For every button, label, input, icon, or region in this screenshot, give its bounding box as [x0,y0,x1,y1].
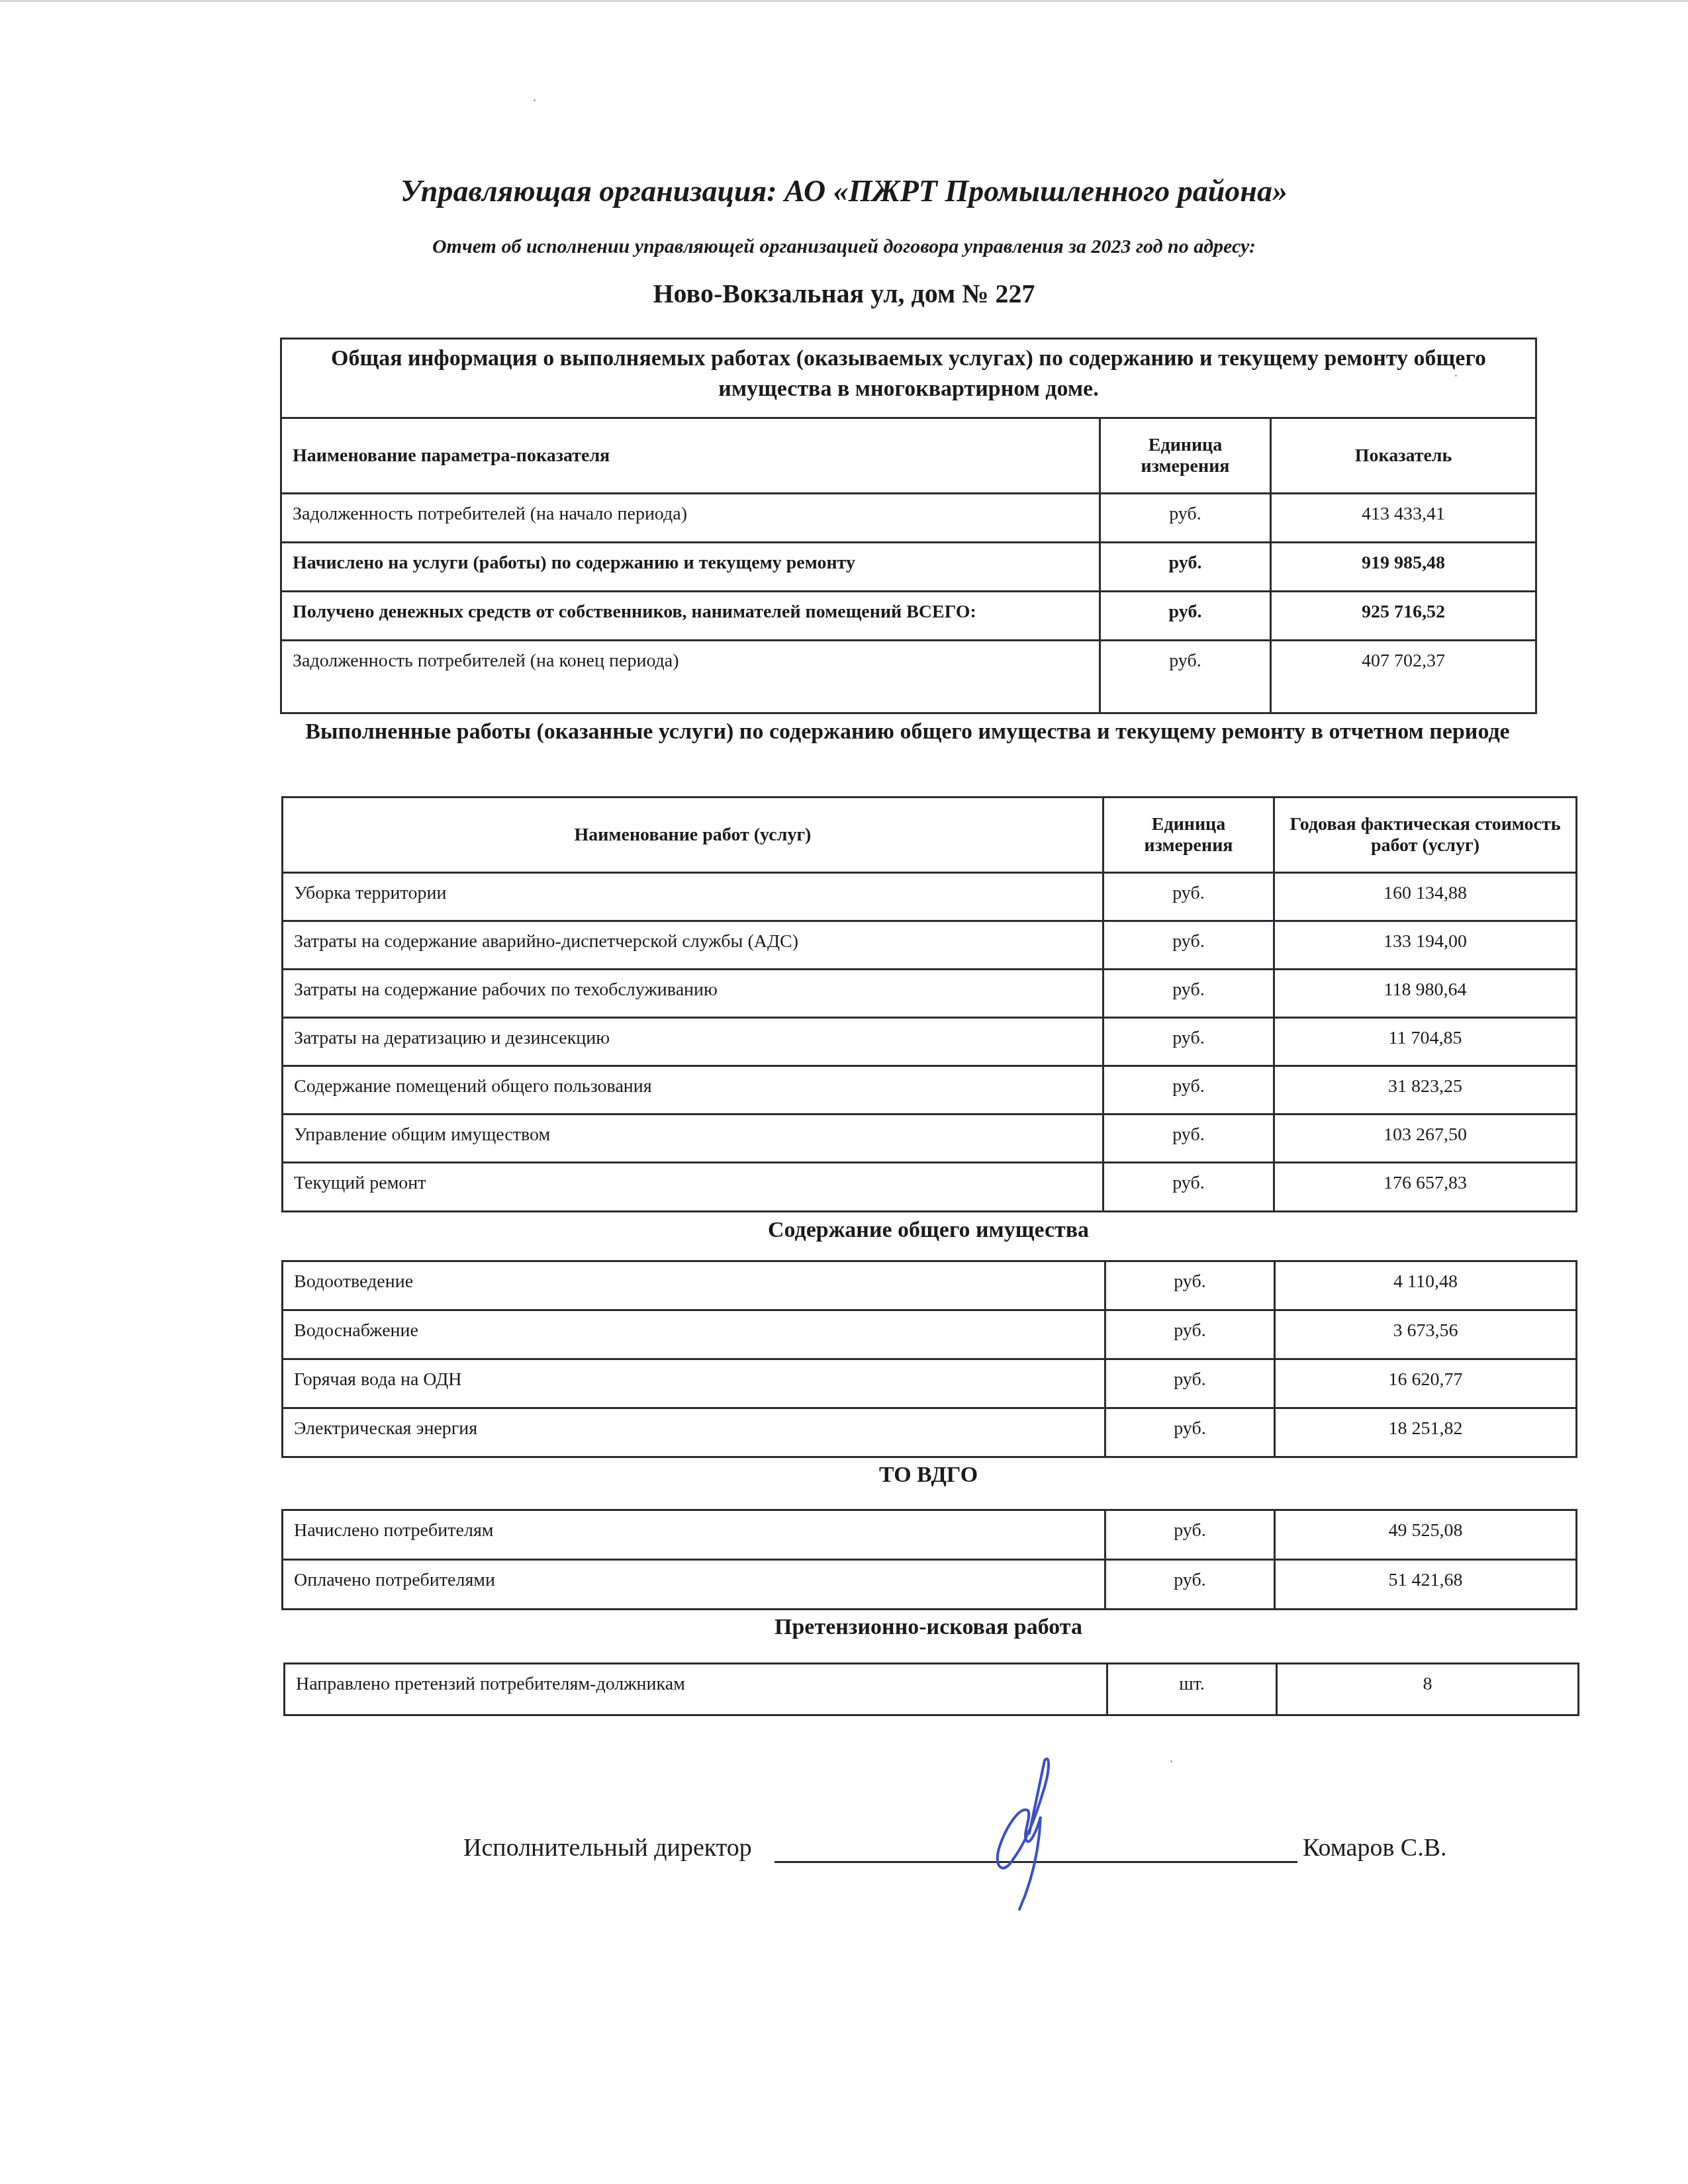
table-row: Направлено претензий потребителям-должни… [285,1664,1579,1715]
column-header-unit: Единица измерения [1103,797,1274,873]
scan-speck [1170,1760,1172,1762]
table-row: Оплачено потребителями руб. 51 421,68 [283,1560,1577,1610]
row-value: 51 421,68 [1275,1560,1577,1610]
row-value: 31 823,25 [1274,1066,1577,1115]
row-name: Текущий ремонт [283,1163,1103,1212]
row-value: 18 251,82 [1275,1408,1577,1457]
table-row: Текущий ремонт руб. 176 657,83 [283,1163,1577,1212]
report-title: Отчет об исполнении управляющей организа… [0,236,1688,258]
row-value: 133 194,00 [1274,921,1577,970]
row-name: Задолженность потребителей (на конец пер… [281,641,1100,713]
row-value: 925 716,52 [1271,592,1536,641]
row-value: 49 525,08 [1275,1510,1577,1560]
works-table: Наименование работ (услуг) Единица измер… [281,796,1577,1212]
row-unit: руб. [1105,1310,1275,1359]
row-name: Водоснабжение [283,1310,1105,1359]
row-name: Начислено на услуги (работы) по содержан… [281,543,1100,592]
claims-heading: Претензионно-исковая работа [281,1612,1575,1643]
table-row: Задолженность потребителей (на начало пе… [281,494,1536,543]
general-info-table: Общая информация о выполняемых работах (… [280,338,1537,714]
table-row: Содержание помещений общего пользования … [283,1066,1577,1115]
row-value: 118 980,64 [1274,970,1577,1018]
row-value: 3 673,56 [1275,1310,1577,1359]
table-row: Получено денежных средств от собственник… [281,592,1536,641]
common-property-heading: Содержание общего имущества [281,1215,1575,1246]
row-value: 16 620,77 [1275,1359,1577,1408]
row-name: Задолженность потребителей (на начало пе… [281,494,1100,543]
row-unit: руб. [1105,1510,1275,1560]
row-name: Электрическая энергия [283,1408,1105,1457]
row-unit: руб. [1103,873,1274,921]
works-heading: Выполненные работы (оказанные услуги) по… [280,717,1535,747]
column-header-parameter: Наименование параметра-показателя [281,418,1100,494]
row-value: 11 704,85 [1274,1018,1577,1066]
row-value: 407 702,37 [1271,641,1536,713]
row-unit: руб. [1103,970,1274,1018]
table-row: Задолженность потребителей (на конец пер… [281,641,1536,713]
column-header-cost: Годовая фактическая стоимость работ (усл… [1274,797,1577,873]
handwritten-signature-icon [966,1754,1099,1913]
general-info-caption: Общая информация о выполняемых работах (… [281,339,1536,418]
row-unit: руб. [1100,494,1271,543]
row-name: Получено денежных средств от собственник… [281,592,1100,641]
row-unit: шт. [1107,1664,1277,1715]
table-row: Электрическая энергия руб. 18 251,82 [283,1408,1577,1457]
address-title: Ново-Вокзальная ул, дом № 227 [0,278,1688,309]
common-property-table: Водоотведение руб. 4 110,48 Водоснабжени… [281,1260,1577,1458]
table-row: Начислено на услуги (работы) по содержан… [281,543,1536,592]
row-name: Уборка территории [283,873,1103,921]
row-unit: руб. [1105,1359,1275,1408]
table-row: Водоснабжение руб. 3 673,56 [283,1310,1577,1359]
scan-edge [0,0,1688,2]
row-value: 4 110,48 [1275,1261,1577,1310]
row-name: Направлено претензий потребителям-должни… [285,1664,1107,1715]
table-row: Затраты на содержание рабочих по техобсл… [283,970,1577,1018]
row-name: Управление общим имуществом [283,1115,1103,1163]
table-row: Начислено потребителям руб. 49 525,08 [283,1510,1577,1560]
table-row: Затраты на дератизацию и дезинсекцию руб… [283,1018,1577,1066]
row-value: 103 267,50 [1274,1115,1577,1163]
row-name: Затраты на дератизацию и дезинсекцию [283,1018,1103,1066]
table-row: Уборка территории руб. 160 134,88 [283,873,1577,921]
column-header-value: Показатель [1271,418,1536,494]
column-header-unit: Единица измерения [1100,418,1271,494]
row-unit: руб. [1105,1261,1275,1310]
row-value: 8 [1277,1664,1579,1715]
signer-position: Исполнительный директор [463,1833,752,1862]
row-name: Горячая вода на ОДН [283,1359,1105,1408]
claims-table: Направлено претензий потребителям-должни… [283,1662,1579,1716]
vdgo-table: Начислено потребителям руб. 49 525,08 Оп… [281,1509,1577,1610]
row-name: Затраты на содержание рабочих по техобсл… [283,970,1103,1018]
row-name: Затраты на содержание аварийно-диспетчер… [283,921,1103,970]
row-value: 413 433,41 [1271,494,1536,543]
table-row: Затраты на содержание аварийно-диспетчер… [283,921,1577,970]
organization-title: Управляющая организация: АО «ПЖРТ Промыш… [0,173,1688,208]
signer-name: Комаров С.В. [1303,1833,1447,1862]
row-unit: руб. [1103,1115,1274,1163]
row-unit: руб. [1100,543,1271,592]
vdgo-heading: ТО ВДГО [281,1460,1575,1490]
table-row: Водоотведение руб. 4 110,48 [283,1261,1577,1310]
row-unit: руб. [1103,1018,1274,1066]
row-name: Содержание помещений общего пользования [283,1066,1103,1115]
table-row: Управление общим имуществом руб. 103 267… [283,1115,1577,1163]
signature-block: Исполнительный директор Комаров С.В. [463,1833,1456,1873]
row-unit: руб. [1105,1560,1275,1610]
row-unit: руб. [1103,921,1274,970]
row-unit: руб. [1105,1408,1275,1457]
row-unit: руб. [1100,592,1271,641]
scan-speck [534,99,536,101]
row-value: 919 985,48 [1271,543,1536,592]
row-value: 160 134,88 [1274,873,1577,921]
row-unit: руб. [1100,641,1271,713]
row-name: Начислено потребителям [283,1510,1105,1560]
column-header-work: Наименование работ (услуг) [283,797,1103,873]
row-unit: руб. [1103,1163,1274,1212]
row-value: 176 657,83 [1274,1163,1577,1212]
row-unit: руб. [1103,1066,1274,1115]
table-row: Горячая вода на ОДН руб. 16 620,77 [283,1359,1577,1408]
row-name: Водоотведение [283,1261,1105,1310]
row-name: Оплачено потребителями [283,1560,1105,1610]
